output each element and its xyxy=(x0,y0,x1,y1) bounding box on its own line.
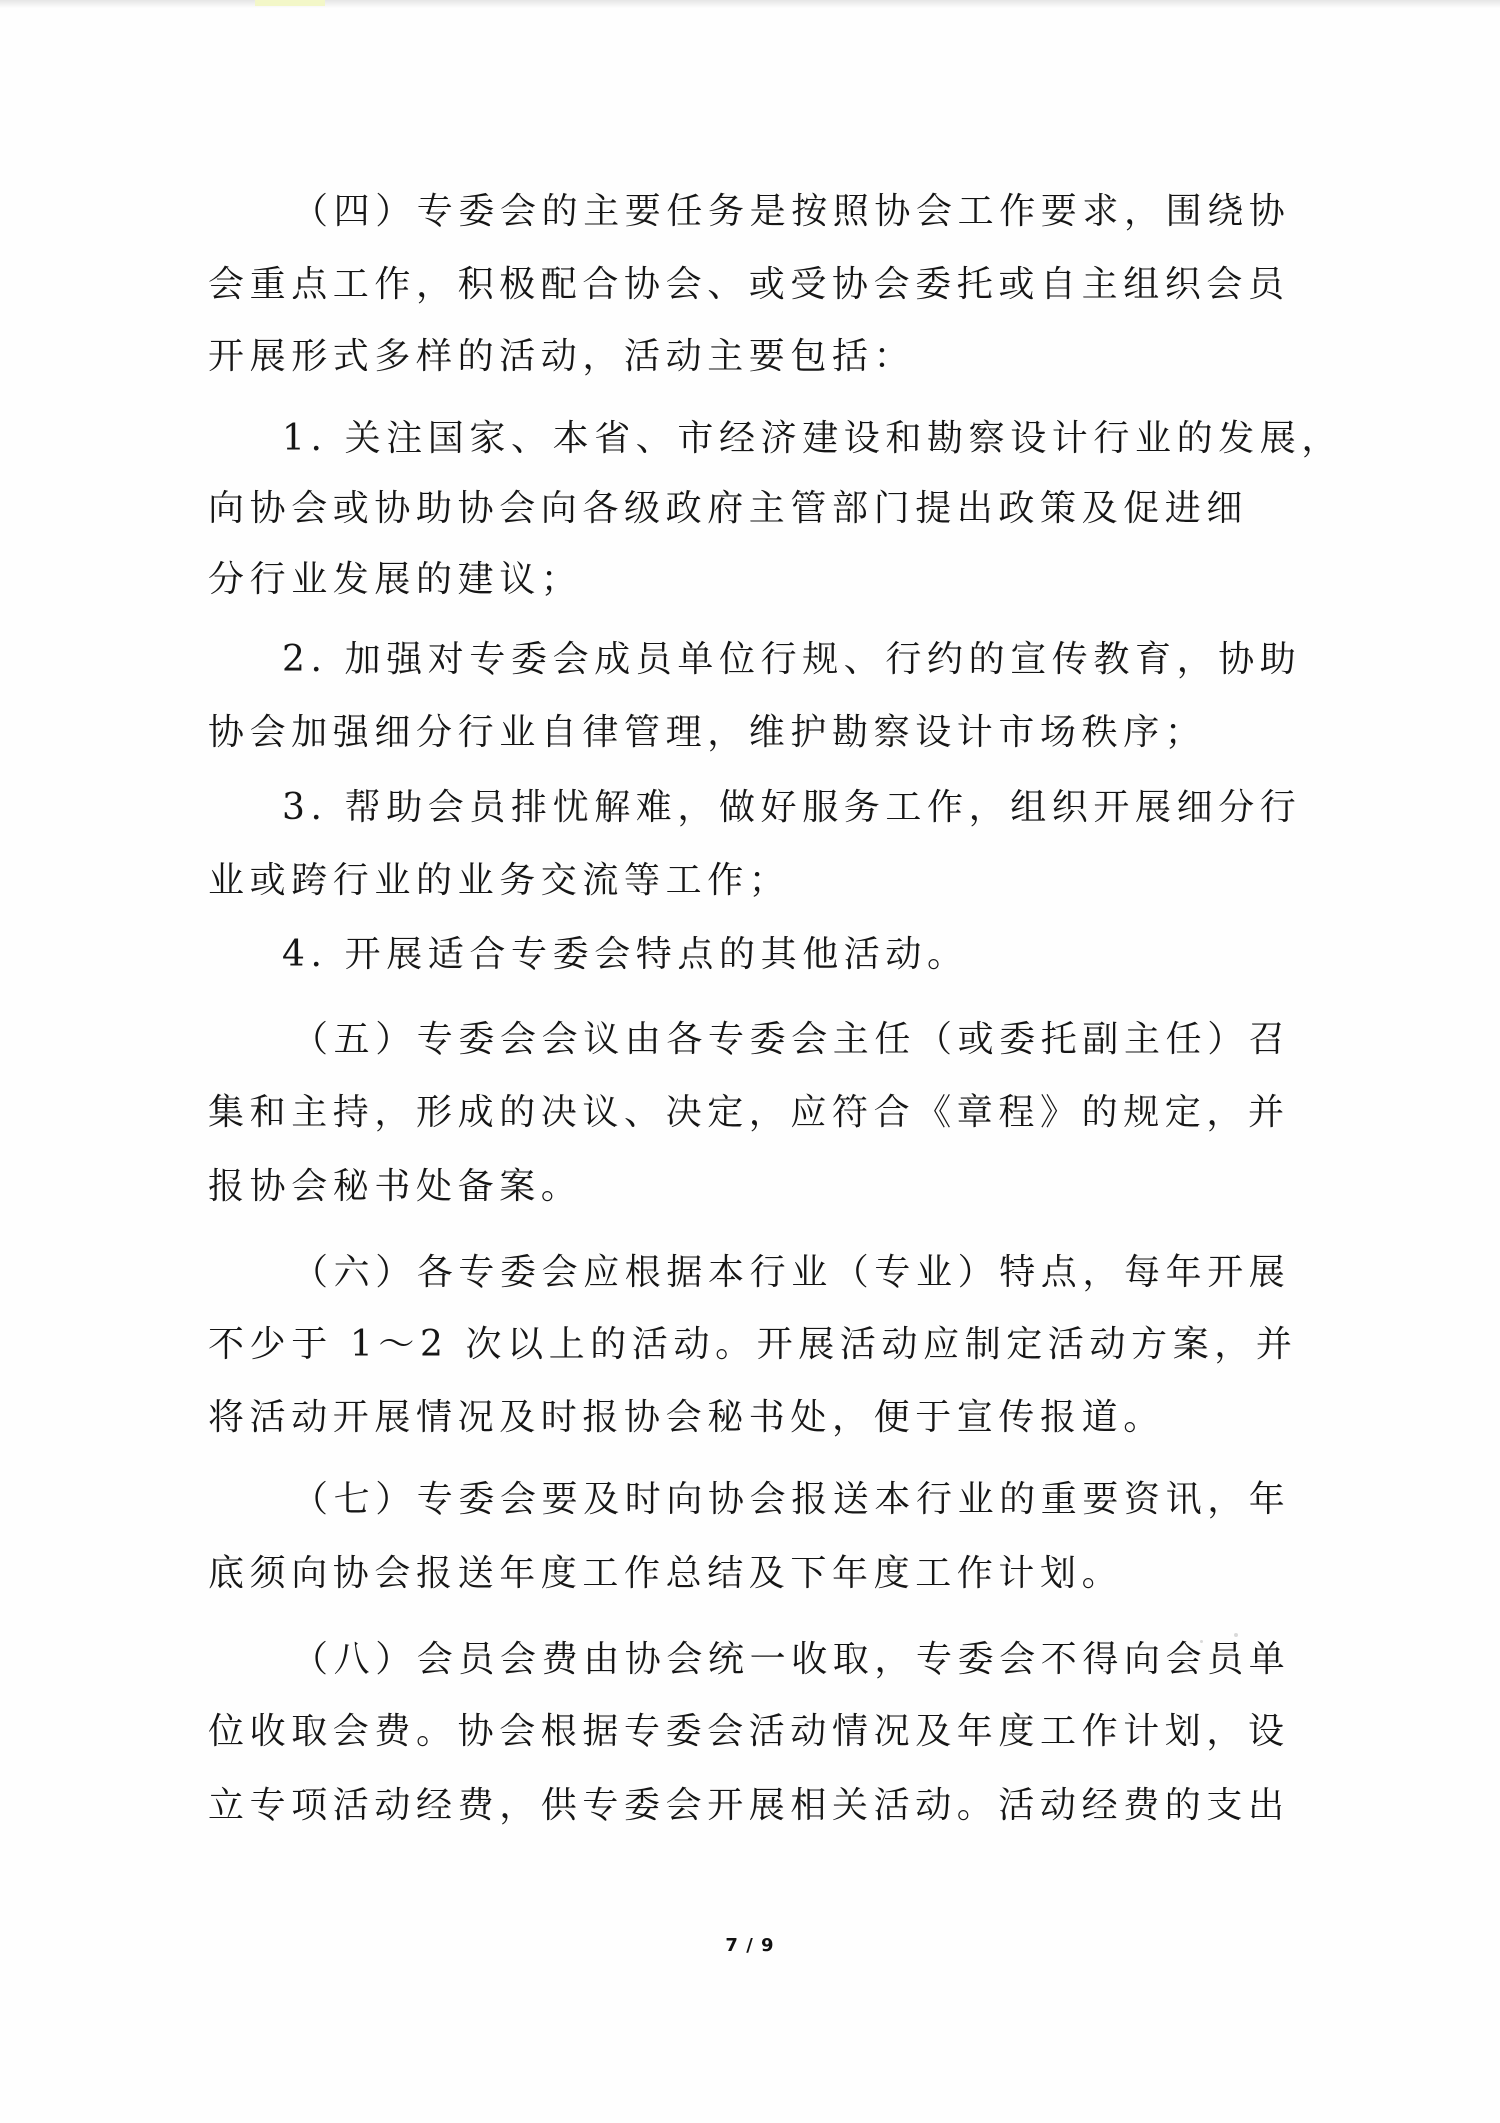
paragraph-item-4-line-1: （四）专委会的主要任务是按照协会工作要求，围绕协 xyxy=(292,187,1290,237)
paragraph-item-5-line-1: （五）专委会会议由各专委会主任（或委托副主任）召 xyxy=(292,1015,1290,1065)
scan-speck xyxy=(1234,1633,1238,1637)
paragraph-sub-1-line-3: 分行业发展的建议； xyxy=(208,555,582,605)
page-number: 7 / 9 xyxy=(0,1935,1500,1956)
paragraph-sub-2-line-2: 协会加强细分行业自律管理，维护勘察设计市场秩序； xyxy=(208,708,1206,758)
paragraph-item-5-line-3: 报协会秘书处备案。 xyxy=(208,1162,582,1212)
scan-speck xyxy=(1200,1640,1203,1643)
paragraph-item-6-line-1: （六）各专委会应根据本行业（专业）特点，每年开展 xyxy=(292,1248,1290,1298)
paragraph-item-4-line-2: 会重点工作，积极配合协会、或受协会委托或自主组织会员 xyxy=(208,260,1290,310)
paragraph-item-8-line-1: （八）会员会费由协会统一收取，专委会不得向会员单 xyxy=(292,1635,1290,1685)
paragraph-sub-2-line-1: 2. 加强对专委会成员单位行规、行约的宣传教育，协助 xyxy=(282,635,1301,685)
paragraph-sub-3-line-2: 业或跨行业的业务交流等工作； xyxy=(208,856,790,906)
paragraph-item-8-line-2: 位收取会费。协会根据专委会活动情况及年度工作计划，设 xyxy=(208,1707,1290,1757)
paragraph-sub-1-line-2: 向协会或协助协会向各级政府主管部门提出政策及促进细 xyxy=(208,484,1248,534)
paragraph-item-4-line-3: 开展形式多样的活动，活动主要包括： xyxy=(208,332,915,382)
paragraph-sub-1-line-1: 1. 关注国家、本省、市经济建设和勘察设计行业的发展， xyxy=(282,414,1343,464)
paragraph-item-7-line-1: （七）专委会要及时向协会报送本行业的重要资讯，年 xyxy=(292,1475,1290,1525)
paragraph-item-6-line-2: 不少于 1～2 次以上的活动。开展活动应制定活动方案，并 xyxy=(208,1320,1298,1370)
paragraph-item-8-line-3: 立专项活动经费，供专委会开展相关活动。活动经费的支出 xyxy=(208,1781,1290,1831)
scan-top-edge xyxy=(0,0,1500,8)
scan-tint-mark xyxy=(255,0,325,6)
paragraph-item-7-line-2: 底须向协会报送年度工作总结及下年度工作计划。 xyxy=(208,1549,1123,1599)
paragraph-item-5-line-2: 集和主持，形成的决议、决定，应符合《章程》的规定，并 xyxy=(208,1088,1290,1138)
paragraph-sub-3-line-1: 3. 帮助会员排忧解难，做好服务工作，组织开展细分行 xyxy=(282,783,1301,833)
document-page: （四）专委会的主要任务是按照协会工作要求，围绕协 会重点工作，积极配合协会、或受… xyxy=(0,0,1500,2123)
paragraph-item-6-line-3: 将活动开展情况及时报协会秘书处，便于宣传报道。 xyxy=(208,1393,1165,1443)
paragraph-sub-4-line-1: 4. 开展适合专委会特点的其他活动。 xyxy=(282,930,969,980)
